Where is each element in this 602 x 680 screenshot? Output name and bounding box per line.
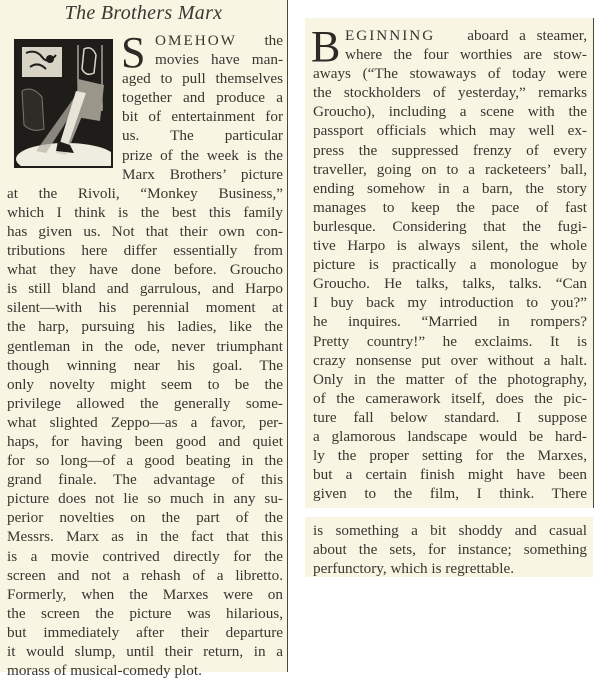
text-fragment: aboard a steamer, <box>467 27 587 44</box>
text-line: grand finale. The advantage of this <box>7 470 283 489</box>
text-line: crazy nonsense put over without a halt. <box>313 351 587 370</box>
text-line: morass of musical-comedy plot. <box>7 661 283 680</box>
text-line: picture is practically a monologue by <box>313 255 587 274</box>
text-line: traveller, going on to a racketeers’ bal… <box>313 160 587 179</box>
text-line: is something a bit shoddy and casual <box>313 521 587 540</box>
text-line: EGINNING aboard a steamer, <box>313 26 587 45</box>
text-line: but immediately after their departure <box>7 623 283 642</box>
text-line: perfunctory, which is regrettable. <box>313 559 587 578</box>
text-line: Groucho), including a scene with the <box>313 102 587 121</box>
text-line: Marx Brothers’ picture <box>7 165 283 184</box>
text-line: what slighted Zeppo—as a favor, per- <box>7 413 283 432</box>
text-line: Groucho. He talks, talks, talks. “Can <box>313 274 587 293</box>
text-line: tive Harpo is always silent, the whole <box>313 236 587 255</box>
text-line: together and produce a <box>7 88 283 107</box>
right-column-bottom-text: is something a bit shoddy and casual abo… <box>313 521 587 578</box>
text-line: ending somehow in a barn, the story <box>313 179 587 198</box>
text-line: picture does not lie so much in any su- <box>7 489 283 508</box>
opening-smallcaps: OMEHOW <box>155 32 237 49</box>
text-line: aged to pull themselves <box>7 69 283 88</box>
text-line: Messrs. Marx as in the fact that this <box>7 527 283 546</box>
left-column-text: OMEHOW the movies have man- aged to pull… <box>7 31 283 680</box>
text-line: though winning near his goal. The <box>7 356 283 375</box>
text-line: he inquires. “Married in rompers? <box>313 312 587 331</box>
text-line: where the four worthies are stow- <box>313 45 587 64</box>
text-line: the harp, pursuing his ladies, like the <box>7 317 283 336</box>
text-line: us. The particular <box>7 126 283 145</box>
text-line: it would slump, until their return, in a <box>7 642 283 661</box>
text-line: a glamorous landscape would be hard- <box>313 427 587 446</box>
text-line: about the sets, for instance; something <box>313 540 587 559</box>
text-line: ly the proper setting for the Marxes, <box>313 446 587 465</box>
text-line: silent—with his perennial moment at <box>7 298 283 317</box>
text-line: of the camerawork itself, does the pic- <box>313 389 587 408</box>
text-line: ture fall below standard. I suppose <box>313 408 587 427</box>
text-line: screen and not a rehash of a libretto. <box>7 566 283 585</box>
text-line: is a movie contrived directly for the <box>7 547 283 566</box>
article-title: The Brothers Marx <box>0 2 287 25</box>
text-line: is still bland and garrulous, and Harpo <box>7 279 283 298</box>
text-line: has given us. Not that their own con- <box>7 222 283 241</box>
text-line: but a certain finish might have been <box>313 465 587 484</box>
text-line: bit of entertainment for <box>7 107 283 126</box>
text-line: haps, for having been good and quiet <box>7 432 283 451</box>
text-line: only novelty might seem to be the <box>7 375 283 394</box>
text-line: movies have man- <box>7 50 283 69</box>
text-line: gentleman in the ode, never triumphant <box>7 337 283 356</box>
text-line: passport officials which may well ex- <box>313 121 587 140</box>
text-fragment: the <box>264 32 283 49</box>
right-column-top-text: EGINNING aboard a steamer, where the fou… <box>313 26 587 503</box>
text-line: OMEHOW the <box>7 31 283 50</box>
text-line: the screen the picture was hilarious, <box>7 604 283 623</box>
text-line: what they have done before. Groucho <box>7 260 283 279</box>
text-line: which I think is the best this family <box>7 203 283 222</box>
text-line: at the Rivoli, “Monkey Business,” <box>7 184 283 203</box>
text-line: given to the film, I think. There <box>313 484 587 503</box>
text-line: tributions here differ essentially from <box>7 241 283 260</box>
text-line: Formerly, when the Marxes were on <box>7 585 283 604</box>
text-line: Only in the matter of the photography, <box>313 370 587 389</box>
text-line: Pretty country!” he exclaims. It is <box>313 332 587 351</box>
text-line: privilege allowed the generally some- <box>7 394 283 413</box>
text-line: perior novelties on the part of the <box>7 508 283 527</box>
text-line: the stockholders of yesterday,” remarks <box>313 83 587 102</box>
text-line: manages to keep the pace of fast <box>313 198 587 217</box>
opening-smallcaps: EGINNING <box>345 27 435 44</box>
text-line: burlesque. Considering that the fugi- <box>313 217 587 236</box>
text-line: prize of the week is the <box>7 146 283 165</box>
text-line: press the suppressed frenzy of every <box>313 141 587 160</box>
text-line: aways (“The stowaways of today were <box>313 64 587 83</box>
text-line: I buy back my introduction to you?” <box>313 293 587 312</box>
text-line: for so long—of a good beating in the <box>7 451 283 470</box>
